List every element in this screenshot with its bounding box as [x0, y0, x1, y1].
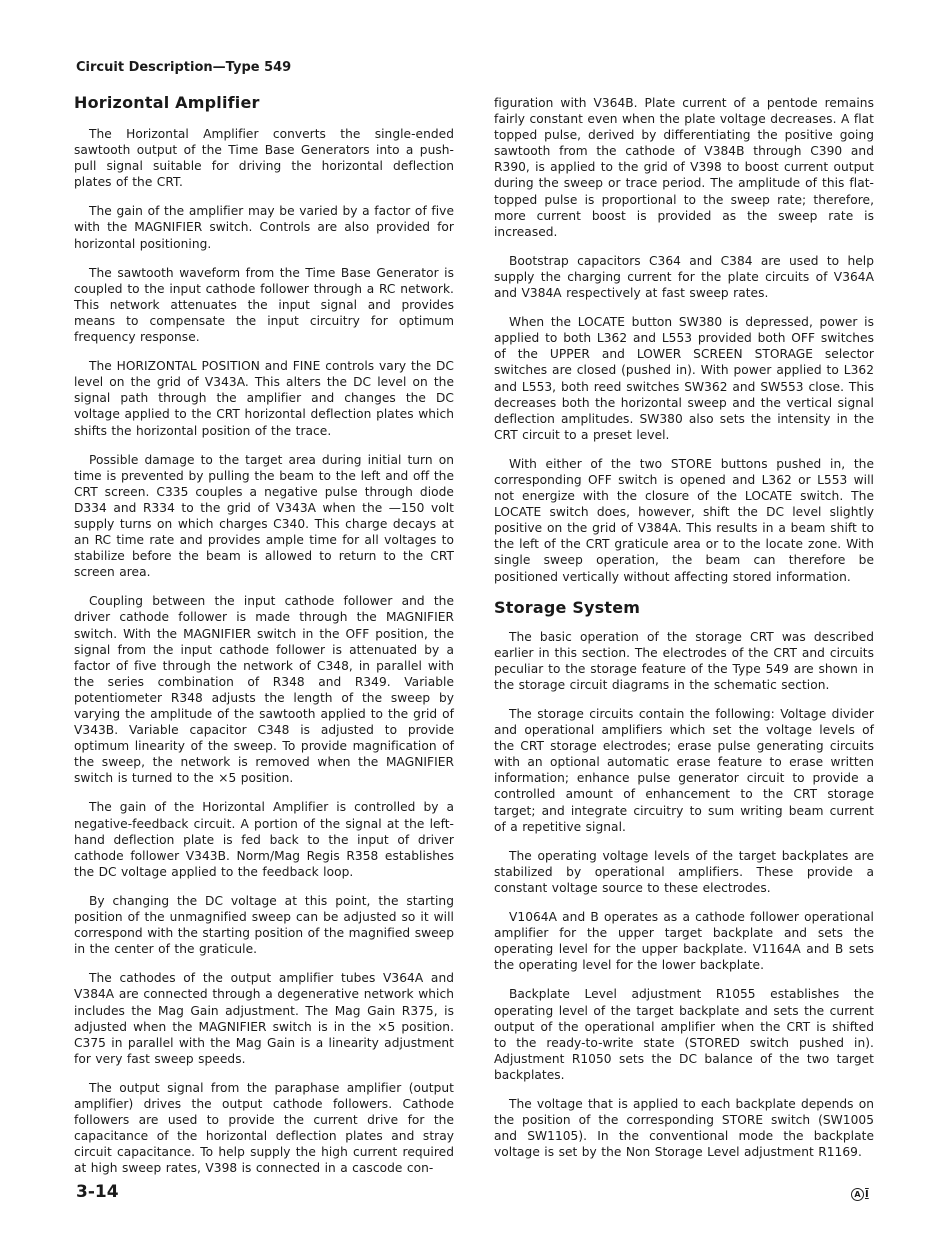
paragraph: Coupling between the input cathode follo…	[74, 593, 454, 786]
paragraph-continued: figuration with V364B. Plate current of …	[494, 95, 874, 240]
paragraph: Backplate Level adjustment R1055 establi…	[494, 986, 874, 1083]
paragraph: With either of the two STORE buttons pus…	[494, 456, 874, 585]
paragraph: When the LOCATE button SW380 is depresse…	[494, 314, 874, 443]
paragraph: By changing the DC voltage at this point…	[74, 893, 454, 957]
right-column: figuration with V364B. Plate current of …	[494, 95, 874, 1173]
logo-suffix: I	[865, 1189, 869, 1200]
paragraph: V1064A and B operates as a cathode follo…	[494, 909, 874, 973]
left-column: Horizontal Amplifier The Horizontal Ampl…	[74, 93, 454, 1189]
paragraph: The voltage that is applied to each back…	[494, 1096, 874, 1160]
paragraph: The sawtooth waveform from the Time Base…	[74, 265, 454, 345]
paragraph: The cathodes of the output amplifier tub…	[74, 970, 454, 1067]
section-title-horizontal-amplifier: Horizontal Amplifier	[74, 93, 454, 112]
paragraph: The Horizontal Amplifier converts the si…	[74, 126, 454, 190]
page-number: 3-14	[76, 1182, 119, 1202]
logo-circle-letter: A	[851, 1188, 864, 1201]
paragraph: The operating voltage levels of the targ…	[494, 848, 874, 896]
paragraph: Bootstrap capacitors C364 and C384 are u…	[494, 253, 874, 301]
tektronix-logo-icon: A I	[851, 1188, 869, 1201]
paragraph: The gain of the amplifier may be varied …	[74, 203, 454, 251]
paragraph: The HORIZONTAL POSITION and FINE control…	[74, 358, 454, 438]
section-title-storage-system: Storage System	[494, 598, 874, 617]
paragraph: Possible damage to the target area durin…	[74, 452, 454, 581]
paragraph: The storage circuits contain the followi…	[494, 706, 874, 835]
paragraph: The gain of the Horizontal Amplifier is …	[74, 799, 454, 879]
running-head: Circuit Description—Type 549	[76, 60, 291, 75]
paragraph: The basic operation of the storage CRT w…	[494, 629, 874, 693]
paragraph: The output signal from the paraphase amp…	[74, 1080, 454, 1177]
